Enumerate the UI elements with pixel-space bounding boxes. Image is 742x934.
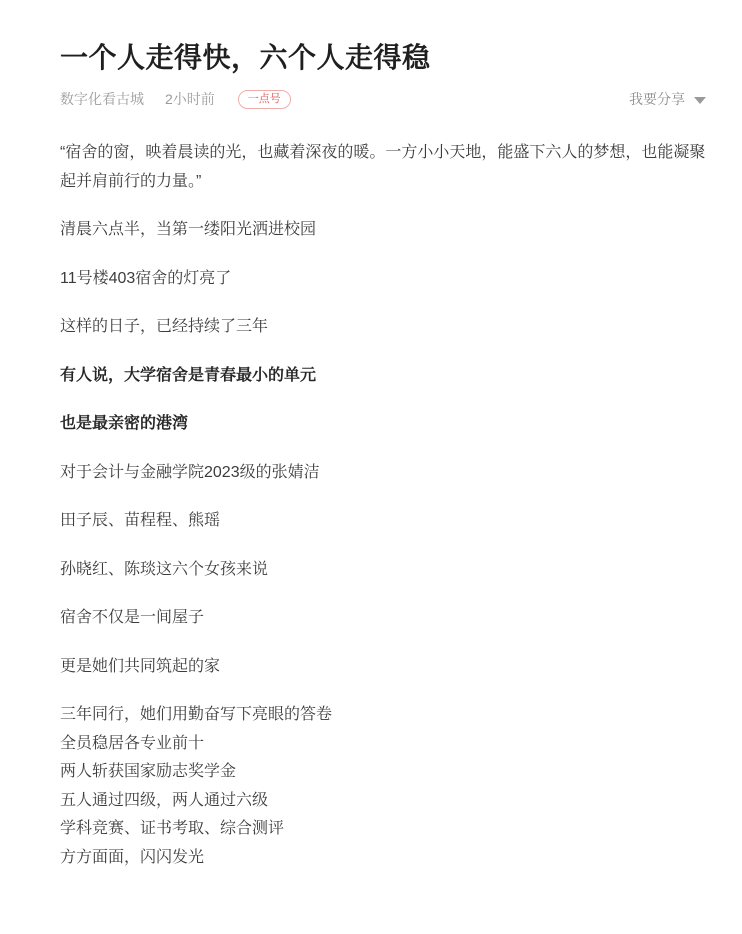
article-body: “宿舍的窗，映着晨读的光，也藏着深夜的暖。一方小小天地，能盛下六人的梦想，也能凝… bbox=[60, 139, 706, 872]
article-paragraph: 这样的日子，已经持续了三年 bbox=[60, 313, 706, 342]
chevron-down-icon bbox=[694, 97, 706, 104]
article-page: 一个人走得快，六个人走得稳 数字化看古城 2小时前 一点号 我要分享 “宿舍的窗… bbox=[0, 40, 742, 934]
closing-line: 方方面面，闪闪发光 bbox=[60, 849, 204, 866]
closing-line: 三年同行，她们用勤奋写下亮眼的答卷 bbox=[60, 706, 332, 723]
article-paragraph: 宿舍不仅是一间屋子 bbox=[60, 604, 706, 633]
article-paragraph: 11号楼403宿舍的灯亮了 bbox=[60, 265, 706, 294]
closing-line: 五人通过四级，两人通过六级 bbox=[60, 792, 268, 809]
closing-line: 学科竞赛、证书考取、综合测评 bbox=[60, 820, 284, 837]
article-paragraph: 有人说，大学宿舍是青春最小的单元 bbox=[60, 362, 706, 391]
closing-line: 全员稳居各专业前十 bbox=[60, 735, 204, 752]
platform-badge[interactable]: 一点号 bbox=[238, 90, 291, 109]
article-title: 一个人走得快，六个人走得稳 bbox=[60, 40, 706, 76]
article-paragraph: “宿舍的窗，映着晨读的光，也藏着深夜的暖。一方小小天地，能盛下六人的梦想，也能凝… bbox=[60, 139, 706, 196]
article-meta: 数字化看古城 2小时前 一点号 我要分享 bbox=[60, 89, 706, 109]
article-paragraph-group: 三年同行，她们用勤奋写下亮眼的答卷 全员稳居各专业前十 两人斩获国家励志奖学金 … bbox=[60, 701, 706, 872]
share-label: 我要分享 bbox=[629, 89, 685, 109]
article-paragraph: 清晨六点半，当第一缕阳光洒进校园 bbox=[60, 216, 706, 245]
closing-line: 两人斩获国家励志奖学金 bbox=[60, 763, 236, 780]
publish-time: 2小时前 bbox=[165, 89, 215, 109]
share-button[interactable]: 我要分享 bbox=[629, 89, 706, 109]
article-paragraph: 田子辰、苗程程、熊瑶 bbox=[60, 507, 706, 536]
article-paragraph: 更是她们共同筑起的家 bbox=[60, 653, 706, 682]
article-paragraph: 孙晓红、陈琰这六个女孩来说 bbox=[60, 556, 706, 585]
article-paragraph: 也是最亲密的港湾 bbox=[60, 410, 706, 439]
source-name[interactable]: 数字化看古城 bbox=[60, 89, 144, 109]
article-paragraph: 对于会计与金融学院2023级的张婧洁 bbox=[60, 459, 706, 488]
